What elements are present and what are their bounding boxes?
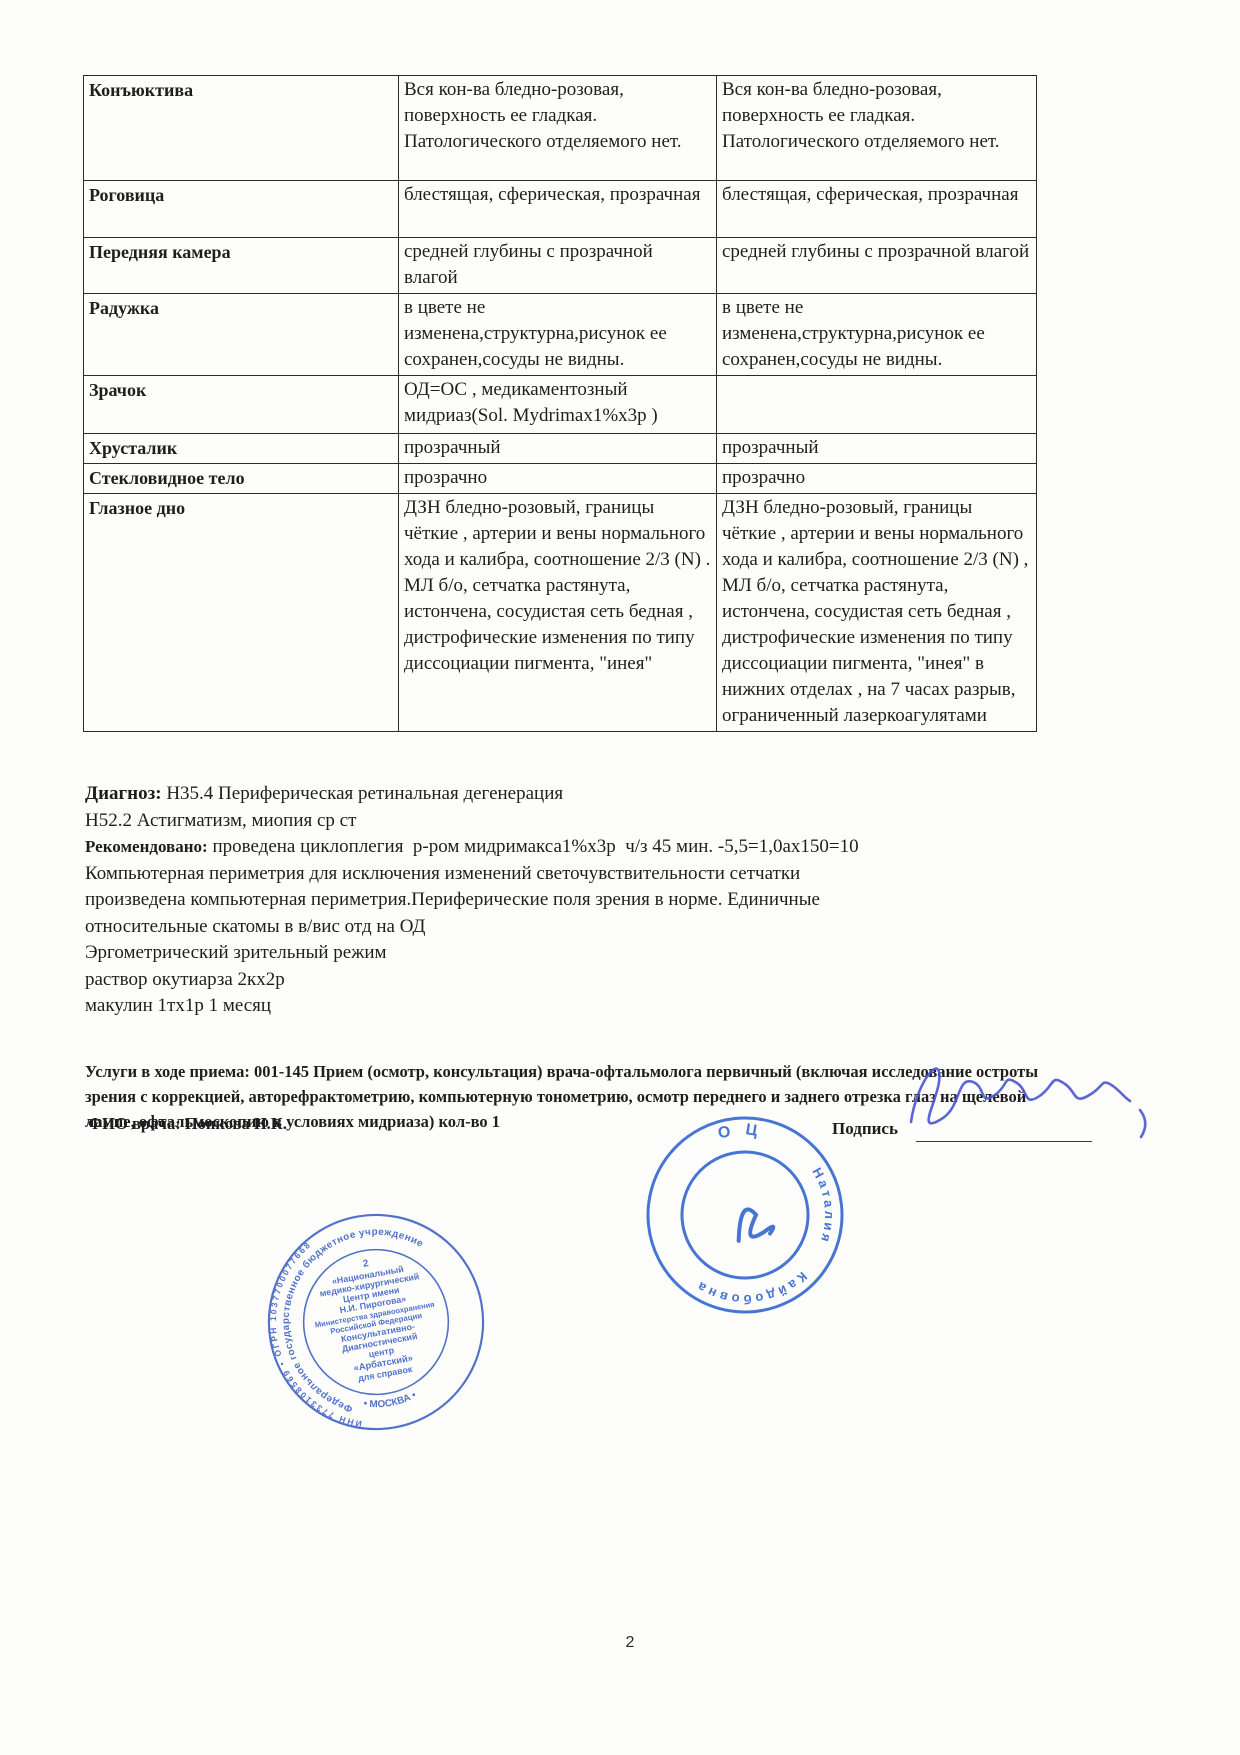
od-cell: в цвете не изменена,структурна,рисунок е… — [399, 294, 717, 376]
doctor-stamp-initial-mark — [736, 1207, 775, 1241]
row-label: Стекловидное тело — [84, 464, 399, 494]
clinic-round-stamp: Федеральное государственное бюджетное уч… — [262, 1208, 490, 1436]
svg-text:Наталия: Наталия — [809, 1164, 841, 1248]
svg-text:ОЦ: ОЦ — [717, 1118, 775, 1147]
doctor-stamp-right-text: Наталия — [809, 1164, 841, 1248]
od-cell: Вся кон-ва бледно-розовая, поверхность е… — [399, 76, 717, 181]
row-label: Конъюктива — [84, 76, 399, 181]
row-label: Хрусталик — [84, 434, 399, 464]
table-row: Зрачок ОД=ОС , медикаментозный мидриаз(S… — [84, 376, 1037, 434]
od-cell: ОД=ОС , медикаментозный мидриаз(Sol. Myd… — [399, 376, 717, 434]
signature-flourish — [1140, 1110, 1145, 1137]
od-cell: прозрачный — [399, 434, 717, 464]
recommendation-line: раствор окутиарза 2кх2р — [85, 967, 1165, 994]
diagnosis-block: Диагноз: H35.4 Периферическая ретинальна… — [85, 781, 1165, 1020]
od-cell: прозрачно — [399, 464, 717, 494]
doctor-name: Попкова Н.К. — [181, 1114, 287, 1133]
doctor-signature — [893, 1038, 1163, 1158]
table-row: Хрусталик прозрачный прозрачный — [84, 434, 1037, 464]
row-label: Радужка — [84, 294, 399, 376]
signature-stroke — [911, 1069, 1130, 1124]
os-cell: средней глубины с прозрачной влагой — [717, 238, 1037, 294]
recommendation-line: Эргометрический зрительный режим — [85, 940, 1165, 967]
recommendation-line: Компьютерная периметрия для исключения и… — [85, 861, 1165, 888]
os-cell: ДЗН бледно-розовый, границы чёткие , арт… — [717, 494, 1037, 732]
table-row: Радужка в цвете не изменена,структурна,р… — [84, 294, 1037, 376]
doctor-name-label: ФИО врача: — [88, 1114, 181, 1133]
table-row: Конъюктива Вся кон-ва бледно-розовая, по… — [84, 76, 1037, 181]
table-row: Глазное дно ДЗН бледно-розовый, границы … — [84, 494, 1037, 732]
table-row: Передняя камера средней глубины с прозра… — [84, 238, 1037, 294]
diagnosis-line: Диагноз: H35.4 Периферическая ретинальна… — [85, 781, 1165, 808]
scanned-medical-report-page: Конъюктива Вся кон-ва бледно-розовая, по… — [0, 0, 1240, 1755]
recommendation-line: Рекомендовано: проведена циклоплегия р-р… — [85, 834, 1165, 861]
od-cell: блестящая, сферическая, прозрачная — [399, 181, 717, 238]
doctor-round-stamp: ОЦ Наталия Кайдобовна — [640, 1110, 850, 1320]
diagnosis-label: Диагноз: — [85, 783, 162, 804]
recommendation-line: относительные скатомы в в/вис отд на ОД — [85, 914, 1165, 941]
recommendation-label: Рекомендовано: — [85, 837, 208, 856]
page-number: 2 — [610, 1634, 650, 1652]
services-label: Услуги в ходе приема: — [85, 1062, 250, 1081]
od-cell: ДЗН бледно-розовый, границы чёткие , арт… — [399, 494, 717, 732]
os-cell: прозрачный — [717, 434, 1037, 464]
recommendation-line: макулин 1тх1р 1 месяц — [85, 993, 1165, 1020]
row-label: Зрачок — [84, 376, 399, 434]
od-cell: средней глубины с прозрачной влагой — [399, 238, 717, 294]
os-cell: в цвете не изменена,структурна,рисунок е… — [717, 294, 1037, 376]
doctor-stamp-top-text: ОЦ — [717, 1118, 775, 1147]
table-row: Роговица блестящая, сферическая, прозрач… — [84, 181, 1037, 238]
recommendation-line: произведена компьютерная периметрия.Пери… — [85, 887, 1165, 914]
os-cell: Вся кон-ва бледно-розовая, поверхность е… — [717, 76, 1037, 181]
table-row: Стекловидное тело прозрачно прозрачно — [84, 464, 1037, 494]
row-label: Глазное дно — [84, 494, 399, 732]
diagnosis-text: H35.4 Периферическая ретинальная дегенер… — [162, 783, 564, 804]
os-cell: прозрачно — [717, 464, 1037, 494]
diagnosis-line-2: H52.2 Астигматизм, миопия ср ст — [85, 808, 1165, 835]
exam-findings-table: Конъюктива Вся кон-ва бледно-розовая, по… — [83, 75, 1037, 732]
row-label: Передняя камера — [84, 238, 399, 294]
recommendation-text: проведена циклоплегия р-ром мидримакса1%… — [208, 836, 859, 857]
row-label: Роговица — [84, 181, 399, 238]
os-cell — [717, 376, 1037, 434]
os-cell: блестящая, сферическая, прозрачная — [717, 181, 1037, 238]
svg-text:2: 2 — [362, 1258, 370, 1270]
